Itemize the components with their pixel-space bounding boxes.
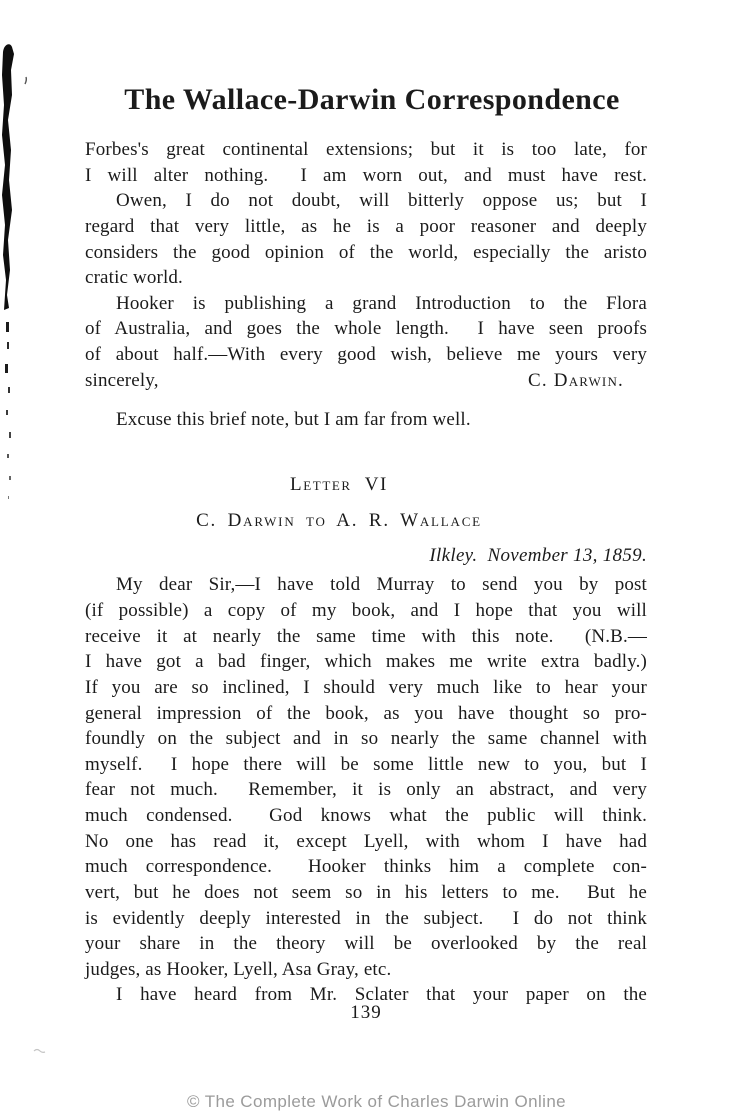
body-line: Hooker is publishing a grand Introductio… [85, 291, 647, 317]
body-line: (if possible) a copy of my book, and I h… [85, 598, 647, 624]
body-line: your share in the theory will be overloo… [85, 931, 647, 957]
letter-body: My dear Sir,—I have told Murray to send … [85, 572, 647, 1008]
binding-shadow-artifact [0, 40, 60, 1100]
body-line: is evidently deeply interested in the su… [85, 906, 647, 932]
closing-word: sincerely, [85, 368, 159, 394]
closing-line: sincerely, C. Darwin. [85, 368, 647, 394]
body-line: of about half.—With every good wish, bel… [85, 342, 647, 368]
body-line: general impression of the book, as you h… [85, 701, 647, 727]
letter-subheading: C. Darwin to A. R. Wallace [85, 508, 647, 534]
body-line: I have got a bad finger, which makes me … [85, 649, 647, 675]
body-line: regard that very little, as he is a poor… [85, 214, 647, 240]
body-line: cratic world. [85, 265, 647, 291]
body-line: fear not much. Remember, it is only an a… [85, 777, 647, 803]
body-line: judges, as Hooker, Lyell, Asa Gray, etc. [85, 957, 647, 983]
body-line: I will alter nothing. I am worn out, and… [85, 163, 647, 189]
body-line: My dear Sir,—I have told Murray to send … [85, 572, 647, 598]
footer-credit: © The Complete Work of Charles Darwin On… [0, 1092, 753, 1112]
letter-heading: Letter VI [85, 472, 647, 498]
page-title: The Wallace-Darwin Correspondence [85, 81, 647, 119]
body-line: vert, but he does not seem so in his let… [85, 880, 647, 906]
body-line: myself. I hope there will be some little… [85, 752, 647, 778]
postscript-line: Excuse this brief note, but I am far fro… [85, 407, 647, 433]
body-line: foundly on the subject and in so nearly … [85, 726, 647, 752]
body-line: No one has read it, except Lyell, with w… [85, 829, 647, 855]
body-line: considers the good opinion of the world,… [85, 240, 647, 266]
scanned-book-page: The Wallace-Darwin Correspondence Forbes… [0, 0, 753, 1118]
faint-speck-artifact [34, 1050, 45, 1053]
body-line: receive it at nearly the same time with … [85, 624, 647, 650]
body-line: If you are so inclined, I should very mu… [85, 675, 647, 701]
body-line: Forbes's great continental extensions; b… [85, 137, 647, 163]
body-line: much correspondence. Hooker thinks him a… [85, 854, 647, 880]
letter-dateline: Ilkley. November 13, 1859. [85, 543, 647, 569]
text-column: Forbes's great continental extensions; b… [85, 137, 647, 1026]
body-line: Owen, I do not doubt, will bitterly oppo… [85, 188, 647, 214]
body-line: of Australia, and goes the whole length.… [85, 316, 647, 342]
signature-name: C. Darwin. [528, 368, 624, 394]
body-line: much condensed. God knows what the publi… [85, 803, 647, 829]
ink-speck-artifact [25, 77, 26, 84]
